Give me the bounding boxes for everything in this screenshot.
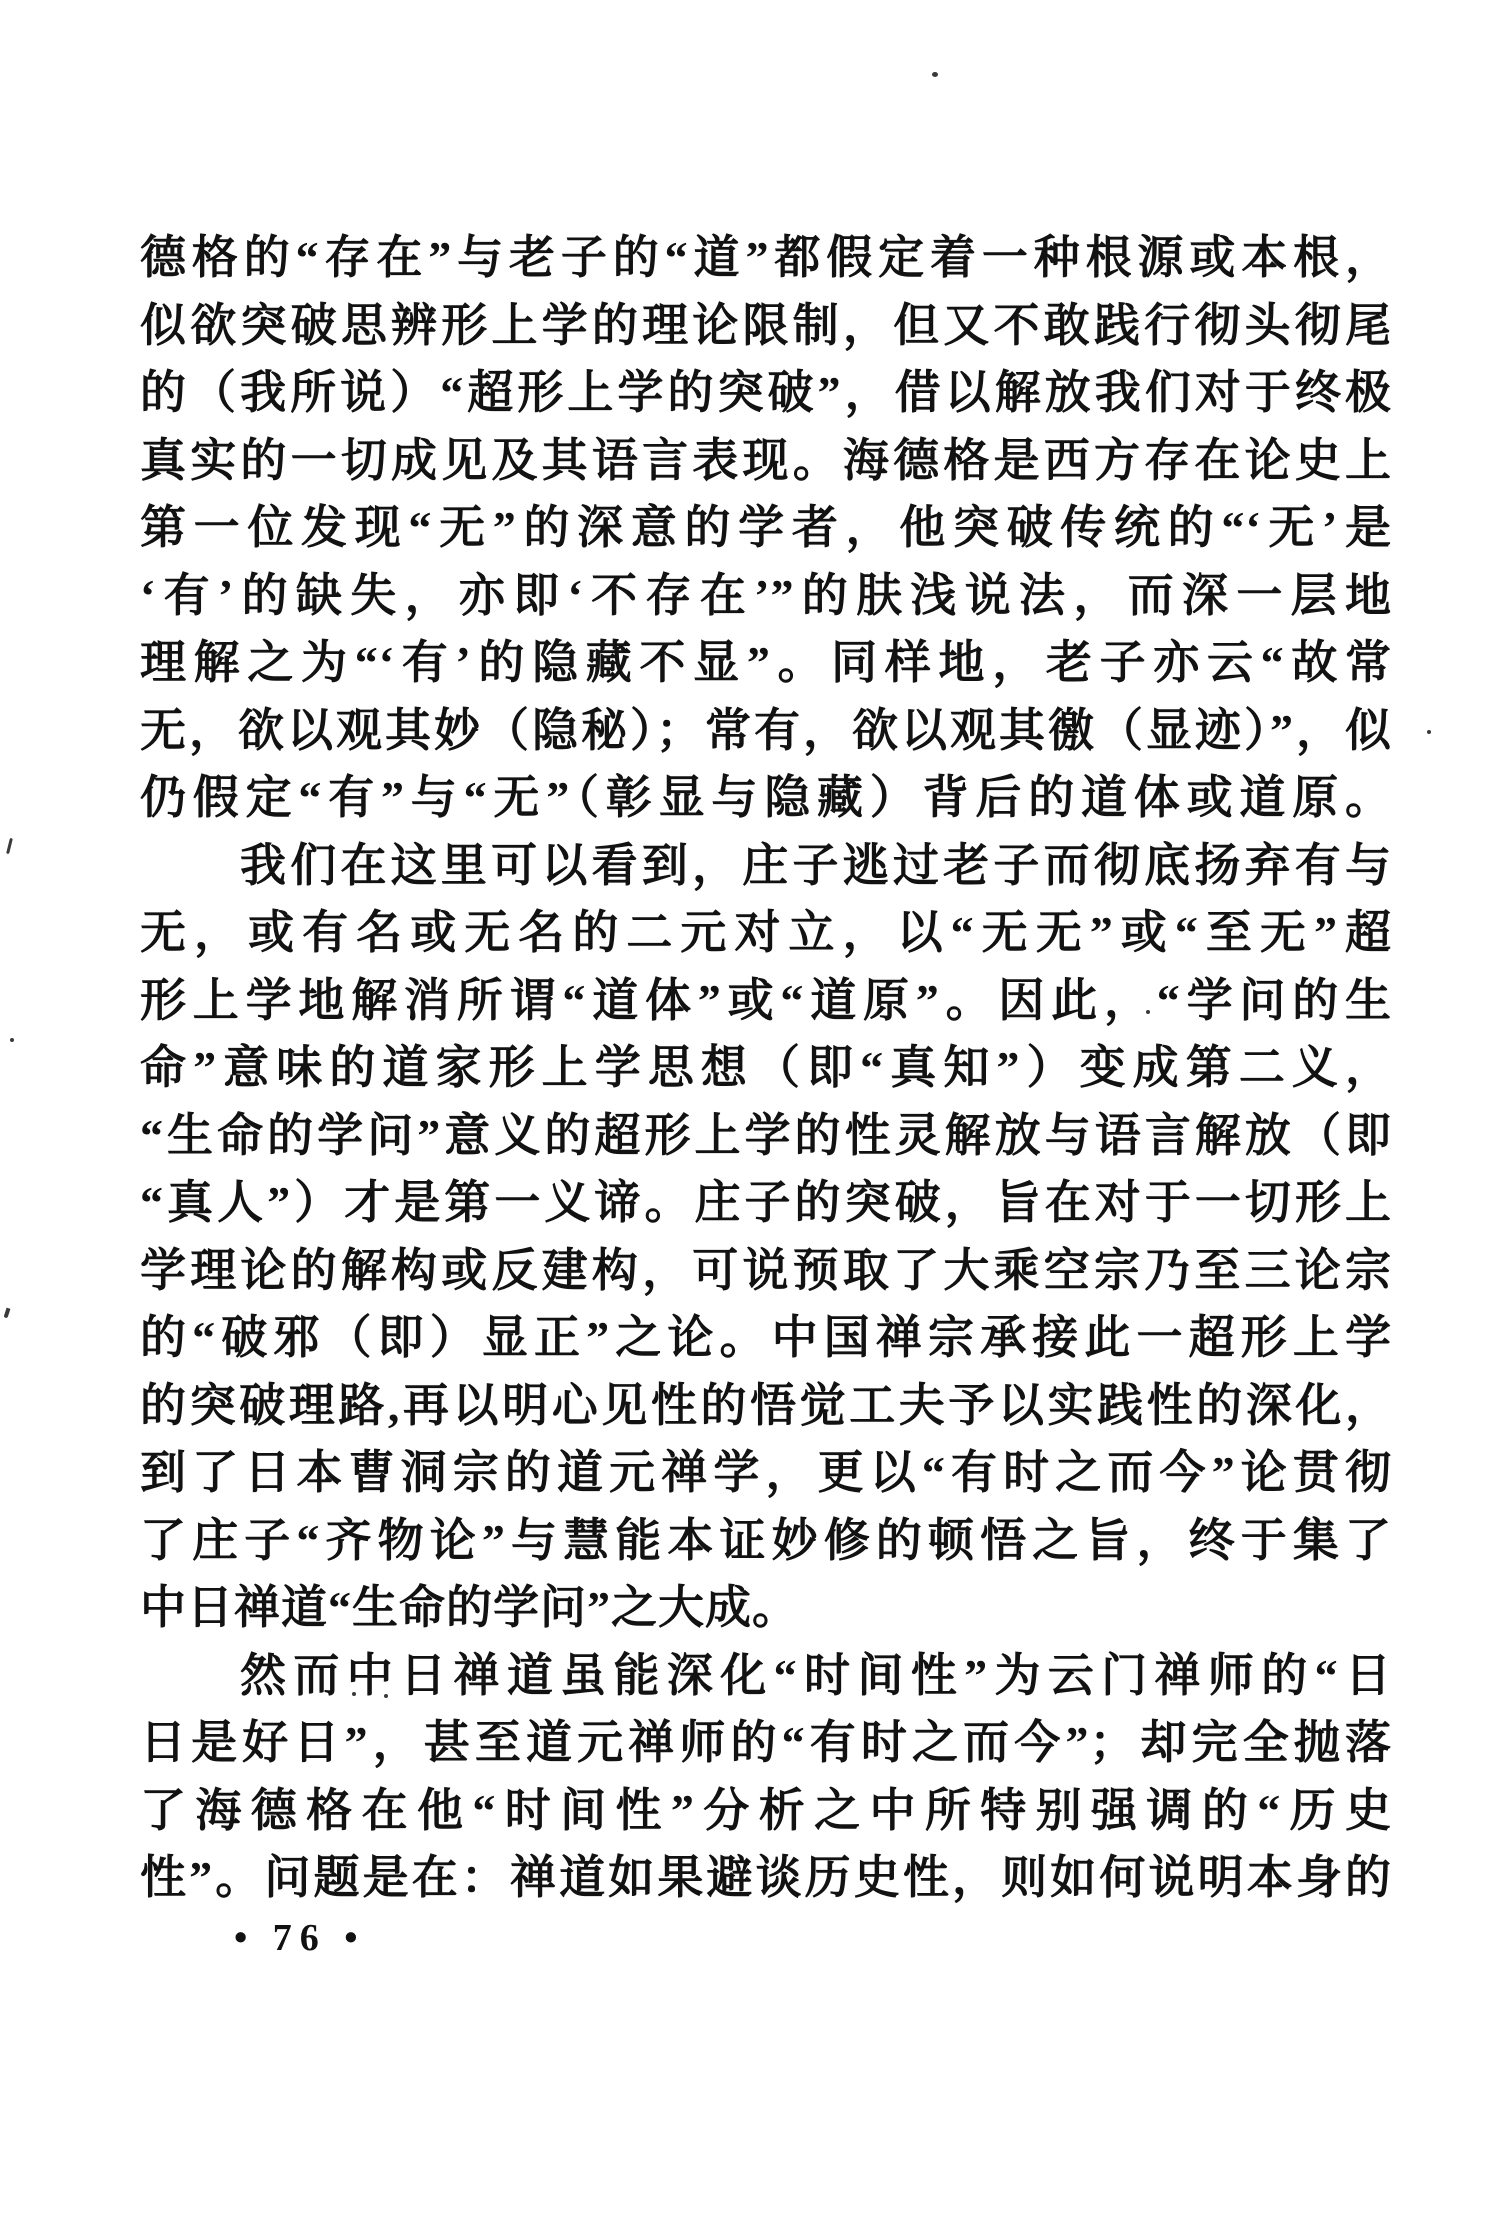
text-line: 德格的“存在”与老子的“道”都假定着一种根源或本根， — [140, 224, 1392, 292]
text-block: 德格的“存在”与老子的“道”都假定着一种根源或本根，似欲突破思辨形上学的理论限制… — [140, 224, 1392, 1912]
scan-artifact — [932, 72, 938, 77]
text-line: 然而中日禅道虽能深化“时间性”为云门禅师的“日 — [140, 1642, 1392, 1710]
text-line: 的（我所说）“超形上学的突破”，借以解放我们对于终极 — [140, 359, 1392, 427]
text-line: 理解之为“‘有’的隐藏不显”。同样地，老子亦云“故常 — [140, 629, 1392, 697]
text-line: 的突破理路,再以明心见性的悟觉工夫予以实践性的深化， — [140, 1372, 1392, 1440]
text-line: 了庄子“齐物论”与慧能本证妙修的顿悟之旨，终于集了 — [140, 1507, 1392, 1575]
text-line: 第一位发现“无”的深意的学者，他突破传统的“‘无’是 — [140, 494, 1392, 562]
text-line: 命”意味的道家形上学思想（即“真知”）变成第二义， — [140, 1034, 1392, 1102]
text-line: 无，或有名或无名的二元对立，以“无无”或“至无”超 — [140, 899, 1392, 967]
text-line: 了海德格在他“时间性”分析之中所特别强调的“历史 — [140, 1777, 1392, 1845]
scan-artifact — [352, 1692, 356, 1696]
text-line: ‘有’的缺失，亦即‘不存在’”的肤浅说法，而深一层地 — [140, 562, 1392, 630]
text-line: 无，欲以观其妙（隐秘）；常有，欲以观其徼（显迹）”，似 — [140, 697, 1392, 765]
text-line: 性”。问题是在：禅道如果避谈历史性，则如何说明本身的 — [140, 1844, 1392, 1912]
scanned-book-page: 德格的“存在”与老子的“道”都假定着一种根源或本根，似欲突破思辨形上学的理论限制… — [0, 0, 1506, 2240]
text-line: 仍假定“有”与“无”（彰显与隐藏）背后的道体或道原。 — [140, 764, 1392, 832]
scan-artifact — [1146, 1010, 1150, 1014]
text-line: 我们在这里可以看到，庄子逃过老子而彻底扬弃有与 — [140, 832, 1392, 900]
text-line: 日是好日”，甚至道元禅师的“有时之而今”；却完全抛落 — [140, 1709, 1392, 1777]
scan-artifact — [6, 838, 13, 854]
page-number: • 76 • — [234, 1916, 366, 1960]
scan-artifact — [4, 1308, 11, 1319]
text-line: 的“破邪（即）显正”之论。中国禅宗承接此一超形上学 — [140, 1304, 1392, 1372]
scan-artifact — [10, 1038, 14, 1042]
text-line: 学理论的解构或反建构，可说预取了大乘空宗乃至三论宗 — [140, 1237, 1392, 1305]
scan-artifact — [1427, 730, 1431, 734]
text-line: “生命的学问”意义的超形上学的性灵解放与语言解放（即 — [140, 1102, 1392, 1170]
text-line: 似欲突破思辨形上学的理论限制，但又不敢践行彻头彻尾 — [140, 292, 1392, 360]
scan-artifact — [384, 1694, 388, 1698]
text-line: 中日禅道“生命的学问”之大成。 — [140, 1574, 1392, 1642]
text-line: 到了日本曹洞宗的道元禅学，更以“有时之而今”论贯彻 — [140, 1439, 1392, 1507]
text-line: 形上学地解消所谓“道体”或“道原”。因此，“学问的生 — [140, 967, 1392, 1035]
text-line: “真人”）才是第一义谛。庄子的突破，旨在对于一切形上 — [140, 1169, 1392, 1237]
text-line: 真实的一切成见及其语言表现。海德格是西方存在论史上 — [140, 427, 1392, 495]
